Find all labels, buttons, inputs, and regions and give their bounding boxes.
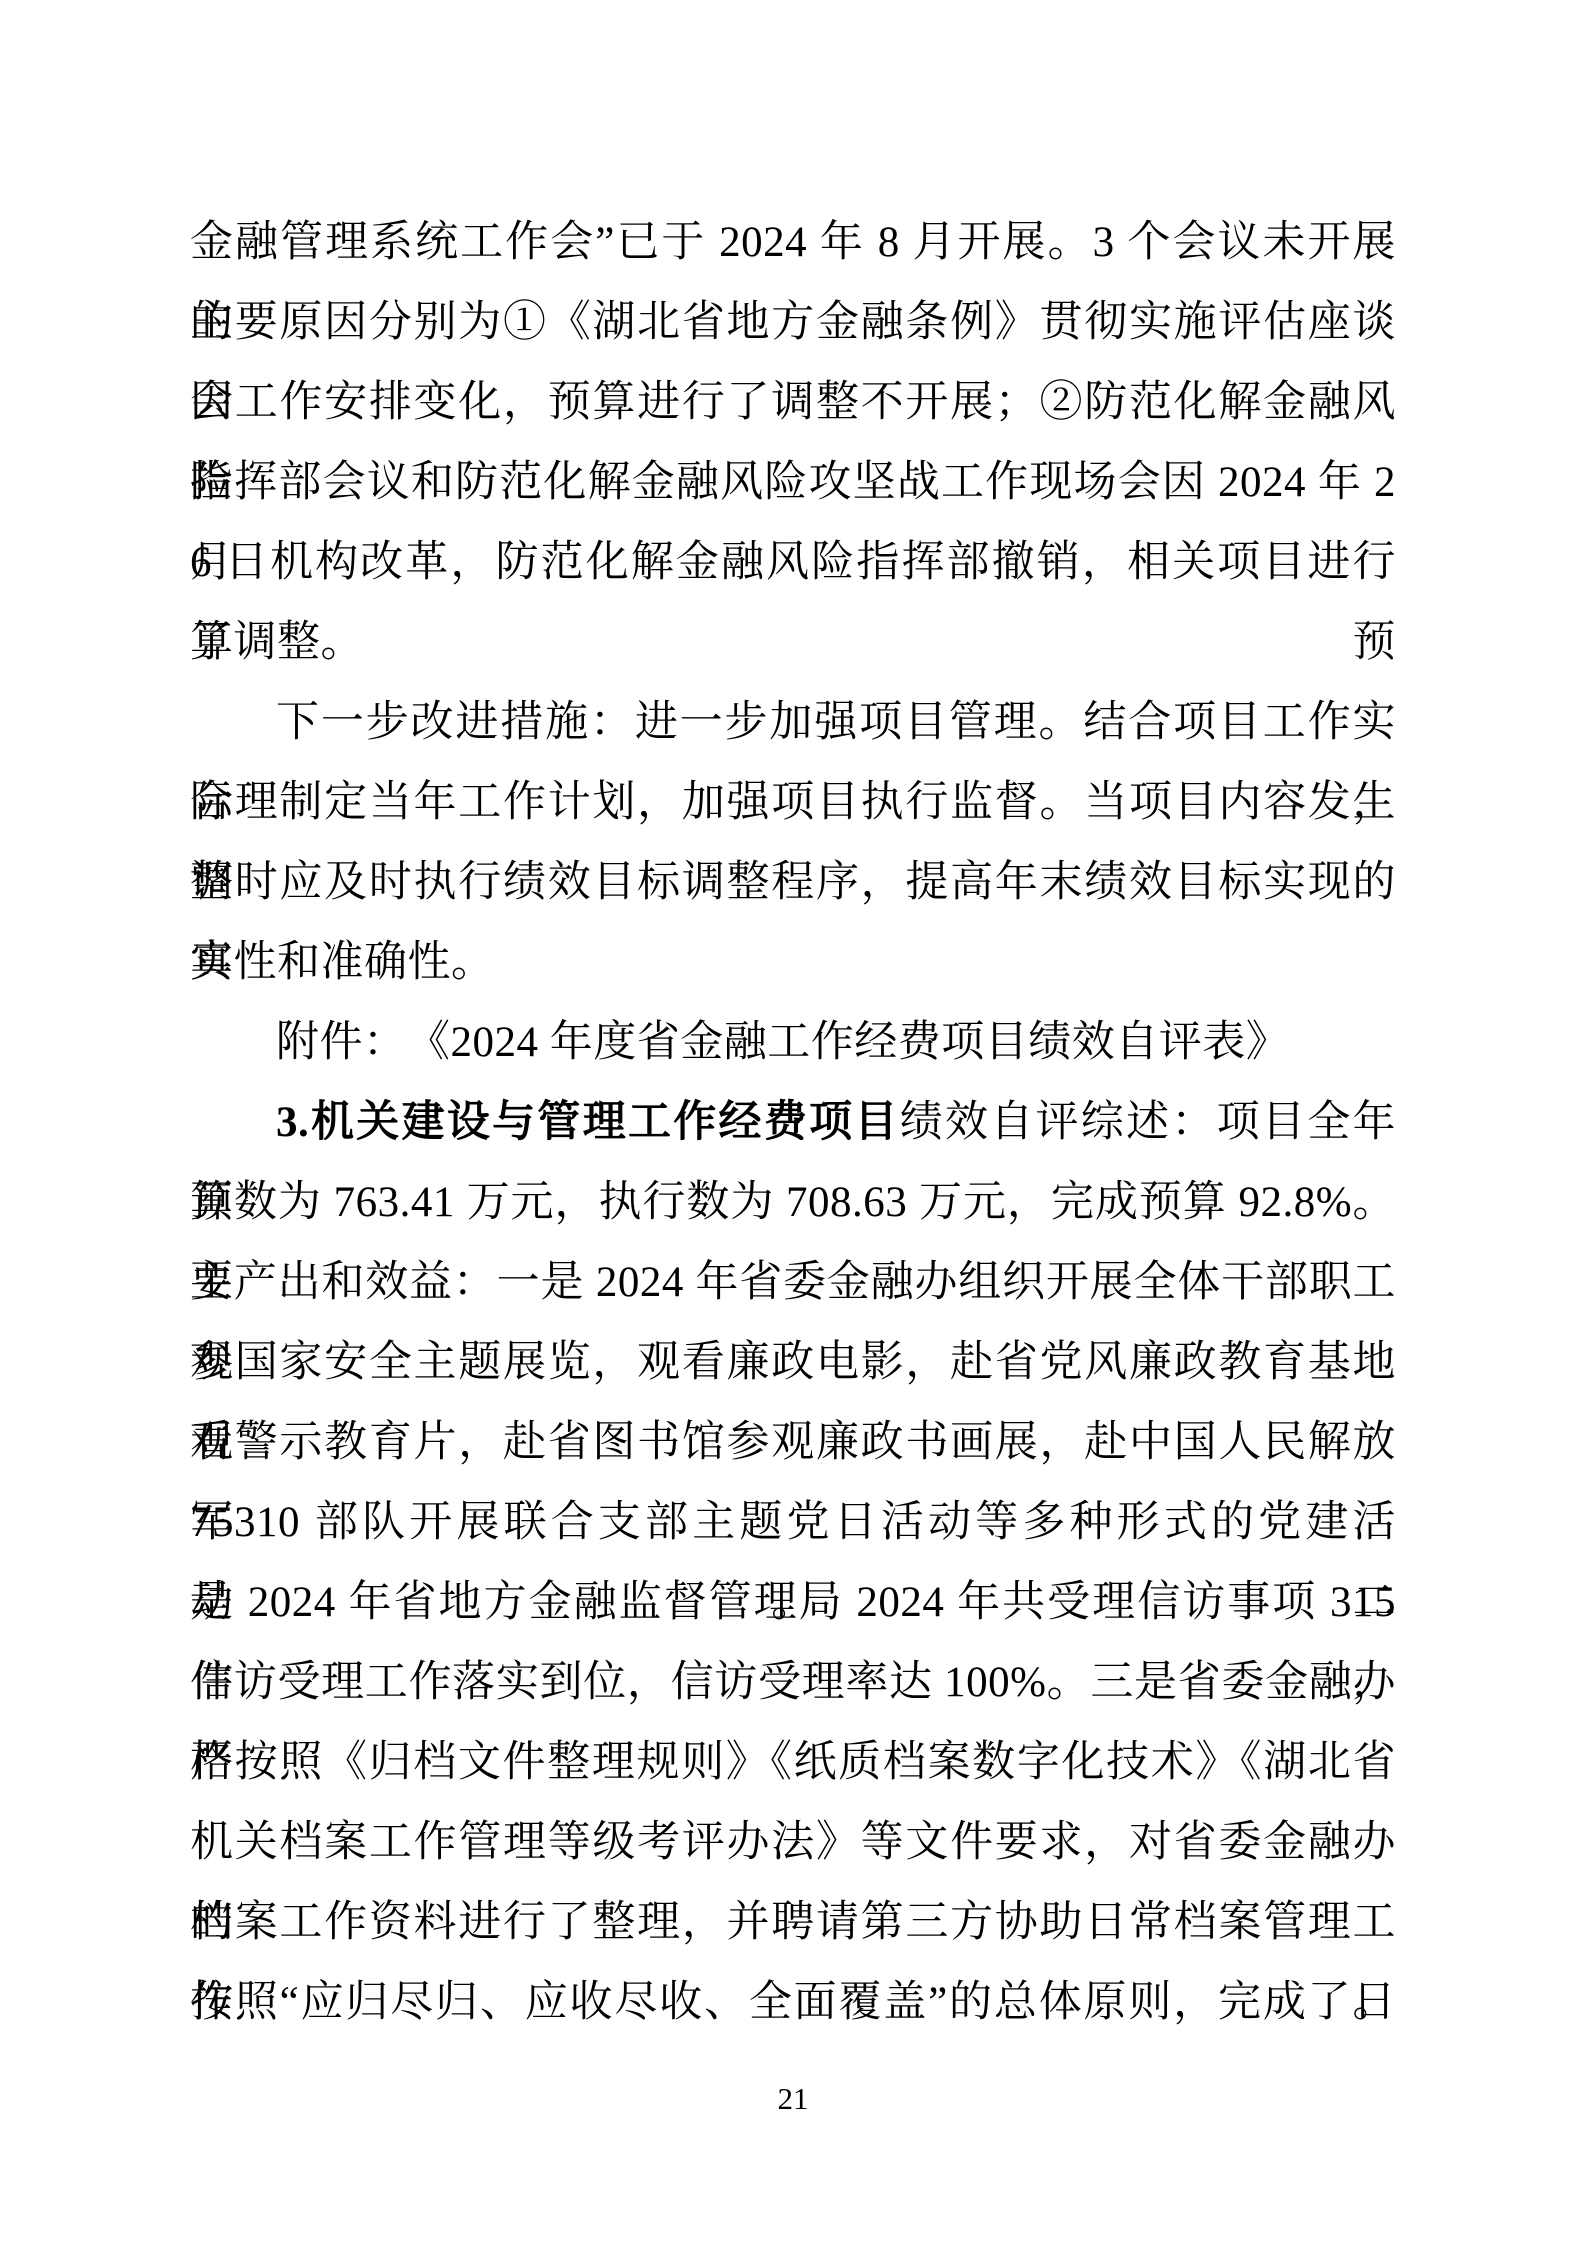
- text-line-18: 是 2024 年省地方金融监督管理局 2024 年共受理信访事项 315 件，: [190, 1563, 1396, 1643]
- text-line-8: 合理制定当年工作计划，加强项目执行监督。当项目内容发生调: [190, 763, 1396, 843]
- document-page: 金融管理系统工作会”已于 2024 年 8 月开展。3 个会议未开展的主要原因分…: [0, 0, 1586, 2242]
- text-line-13: 算数为 763.41 万元，执行数为 708.63 万元，完成预算 92.8%。…: [190, 1163, 1396, 1243]
- text-line-10: 实性和准确性。: [190, 923, 1396, 1003]
- text-line-5: 6 日机构改革，防范化解金融风险指挥部撤销，相关项目进行了预: [190, 523, 1396, 603]
- text-line-20: 格按照《归档文件整理规则》《纸质档案数字化技术》《湖北省: [190, 1723, 1396, 1803]
- text-line-11: 附件： 《2024 年度省金融工作经费项目绩效自评表》: [190, 1003, 1396, 1083]
- text-line-12: 3.机关建设与管理工作经费项目绩效自评综述：项目全年预: [190, 1083, 1396, 1163]
- text-line-7: 下一步改进措施：进一步加强项目管理。结合项目工作实际，: [190, 683, 1396, 763]
- text-line-4: 指挥部会议和防范化解金融风险攻坚战工作现场会因 2024 年 2 月: [190, 443, 1396, 523]
- text-line-21: 机关档案工作管理等级考评办法》等文件要求，对省委金融办的: [190, 1803, 1396, 1883]
- text-line-16: 看警示教育片，赴省图书馆参观廉政书画展，赴中国人民解放军: [190, 1403, 1396, 1483]
- text-line-23: 按照“应归尽归、应收尽收、全面覆盖”的总体原则，完成了日: [190, 1963, 1396, 2043]
- text-line-2: 主要原因分别为①《湖北省地方金融条例》贯彻实施评估座谈会: [190, 283, 1396, 363]
- page-number: 21: [0, 2082, 1586, 2116]
- text-line-14: 要产出和效益：一是 2024 年省委金融办组织开展全体干部职工参: [190, 1243, 1396, 1323]
- text-line-9: 整时应及时执行绩效目标调整程序，提高年末绩效目标实现的真: [190, 843, 1396, 923]
- bold-heading-prefix: 3.机关建设与管理工作经费项目: [276, 1099, 900, 1146]
- text-line-17: 75310 部队开展联合支部主题党日活动等多种形式的党建活动。二: [190, 1483, 1396, 1563]
- text-line-15: 观国家安全主题展览，观看廉政电影，赴省党风廉政教育基地观: [190, 1323, 1396, 1403]
- text-line-19: 信访受理工作落实到位，信访受理率达 100%。三是省委金融办严: [190, 1643, 1396, 1723]
- document-body: 金融管理系统工作会”已于 2024 年 8 月开展。3 个会议未开展的主要原因分…: [190, 203, 1396, 2043]
- text-line-3: 因工作安排变化，预算进行了调整不开展；②防范化解金融风险: [190, 363, 1396, 443]
- text-line-22: 档案工作资料进行了整理，并聘请第三方协助日常档案管理工作。: [190, 1883, 1396, 1963]
- text-line-1: 金融管理系统工作会”已于 2024 年 8 月开展。3 个会议未开展的: [190, 203, 1396, 283]
